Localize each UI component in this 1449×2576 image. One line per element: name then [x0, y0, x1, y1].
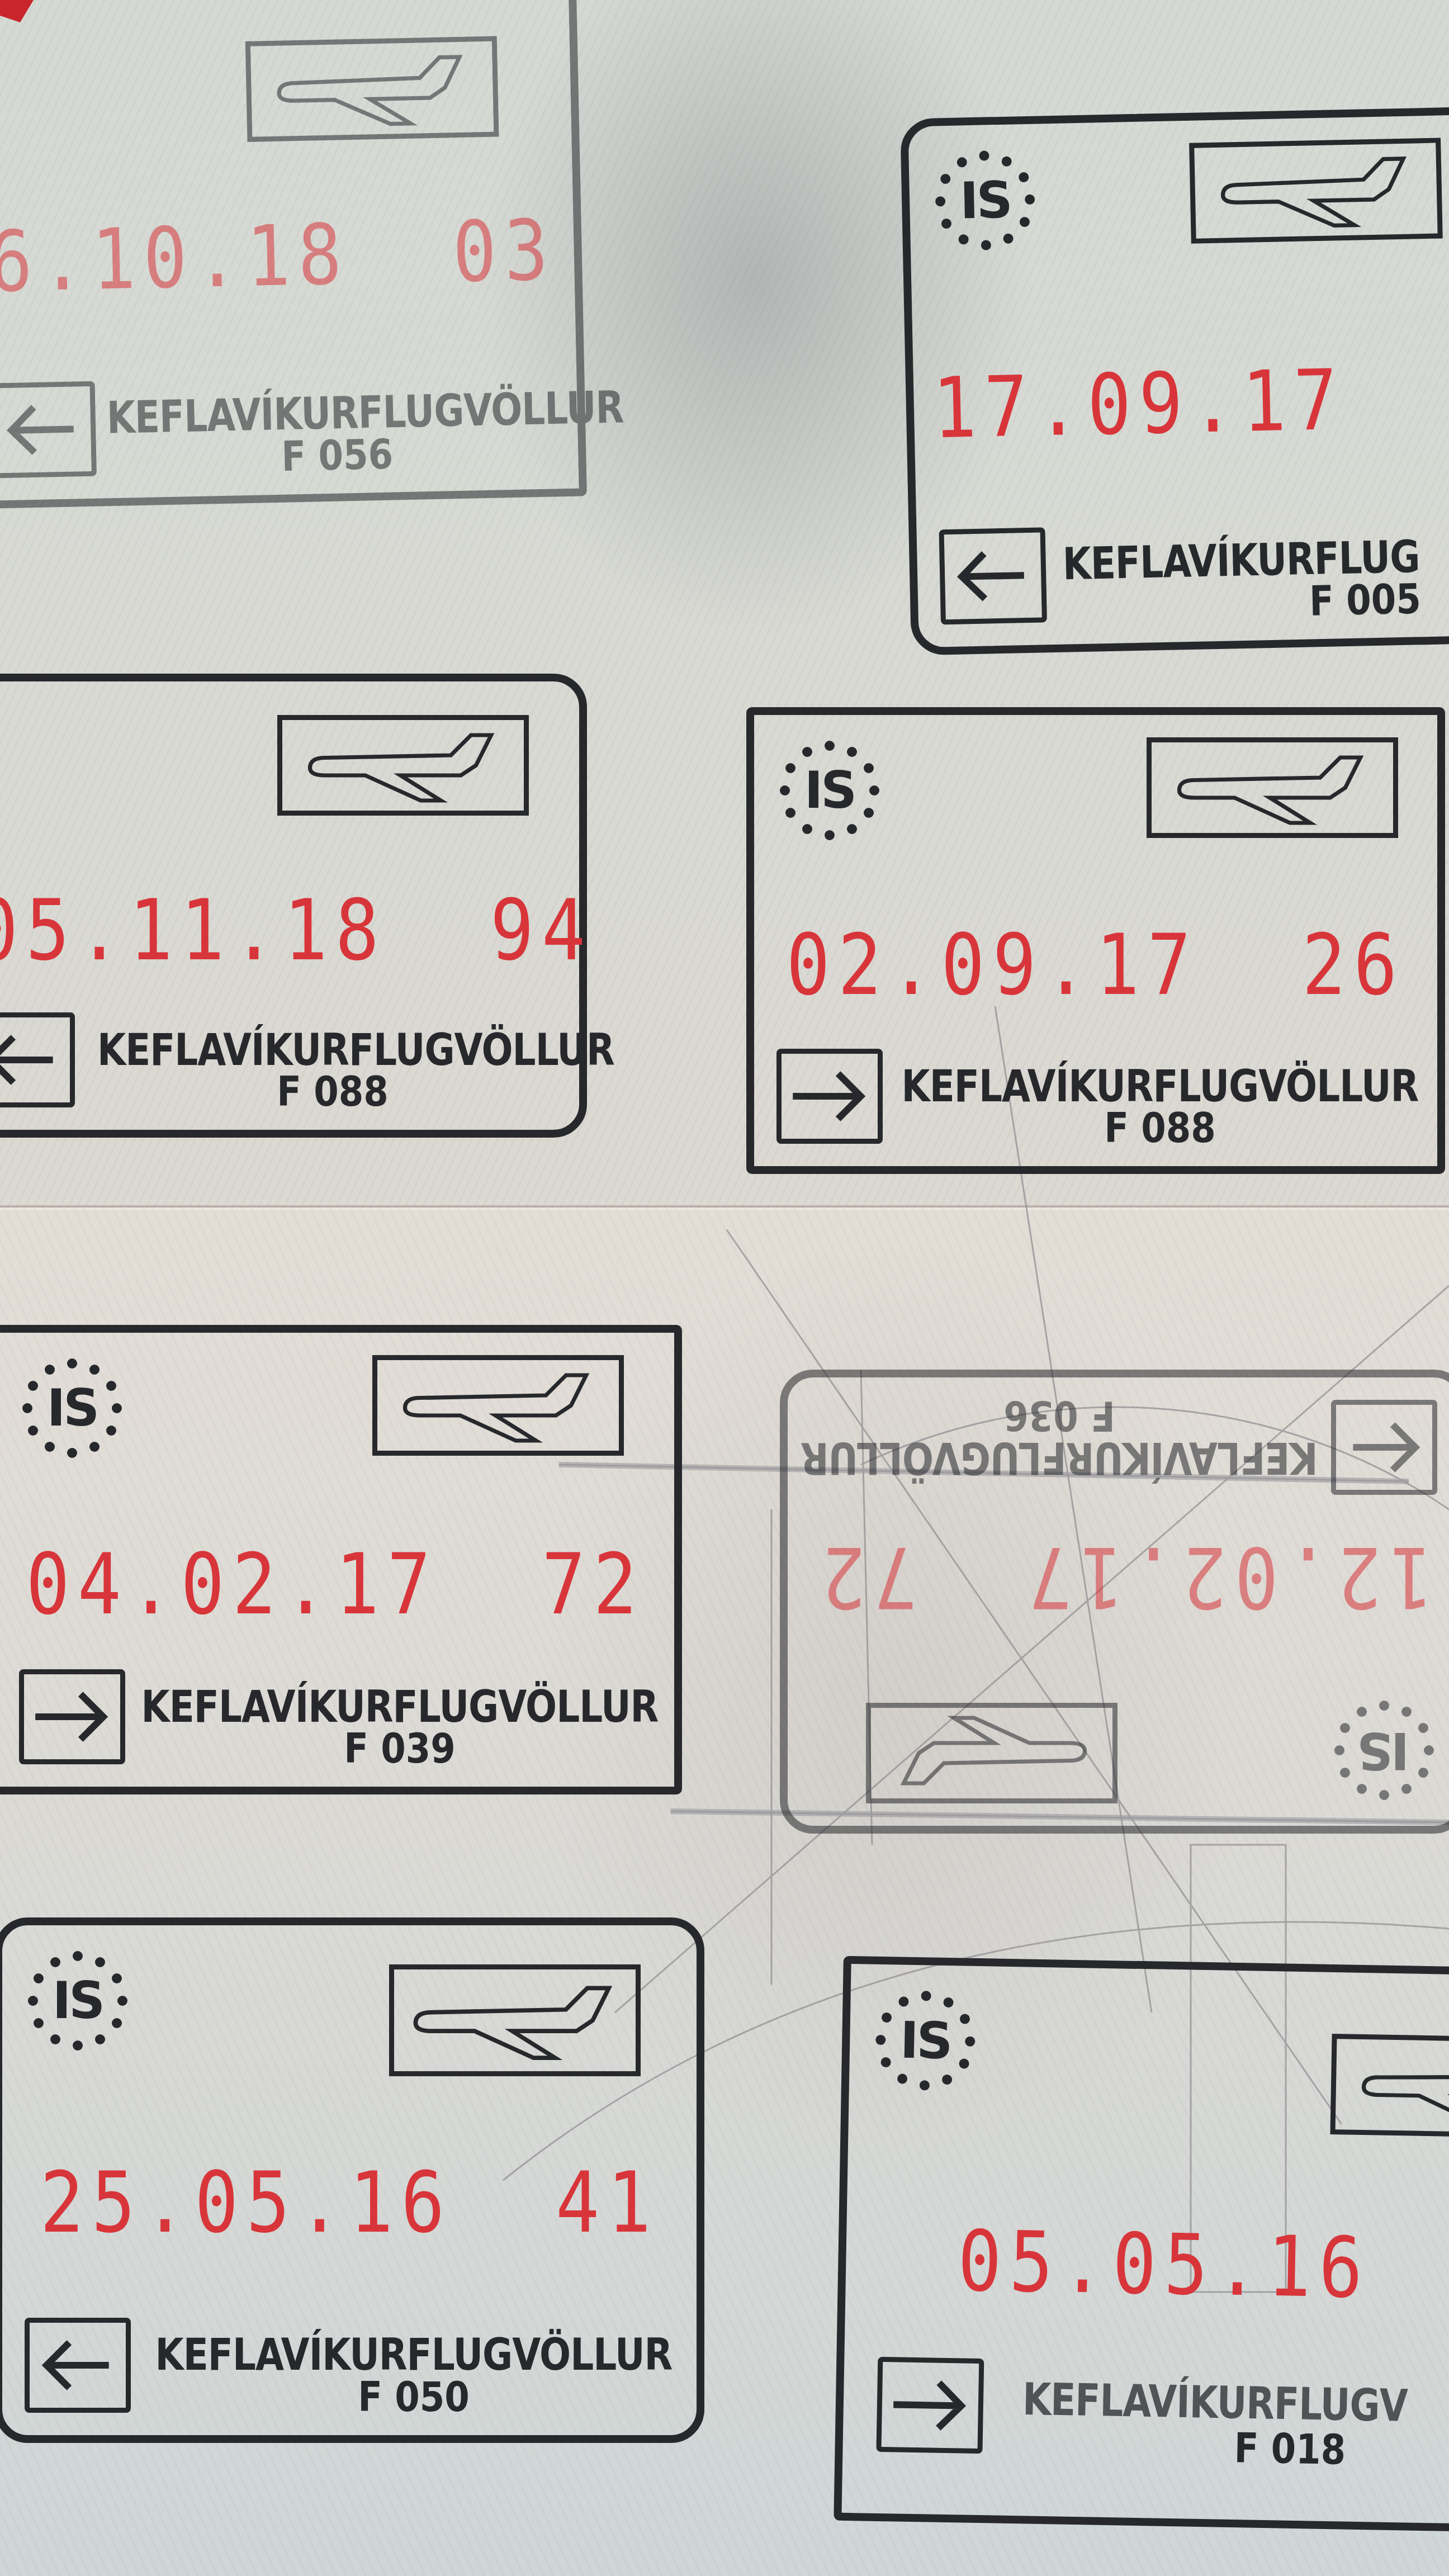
- eu-stars-emblem: IS: [1331, 1697, 1437, 1803]
- country-code: IS: [931, 146, 1039, 255]
- arrow-left-icon: [0, 1017, 70, 1102]
- exit-box: [0, 1012, 75, 1107]
- stamp-s7: IS 25.05.16 41 KEFLAVÍKURFLUGVÖLLUR F 05…: [0, 1917, 704, 2443]
- plane-icon: [1152, 742, 1393, 833]
- stamp-date: 12.02.17 72: [788, 1528, 1449, 1626]
- country-code: IS: [776, 737, 883, 844]
- plane-icon: [394, 1969, 636, 2071]
- plane-icon: [282, 720, 524, 811]
- stamp-date: 25.05.16 41: [2, 2153, 697, 2251]
- arrow-left-icon: [944, 533, 1042, 620]
- plane-box: [245, 36, 499, 142]
- eu-stars-emblem: IS: [872, 1987, 979, 2095]
- entry-box: [876, 2357, 984, 2454]
- stamp-place: KEFLAVÍKURFLUGVÖLLUR: [142, 2329, 685, 2380]
- exit-box: [1331, 1400, 1437, 1495]
- arrow-left-icon: [1336, 1405, 1432, 1490]
- stamp-date: 17.09.17 2: [863, 346, 1449, 458]
- stamp-s8: IS 05.05.16 41 KEFLAVÍKURFLUGV F 018: [834, 1956, 1449, 2534]
- plane-icon: [871, 1708, 1112, 1798]
- arrow-left-icon: [30, 2323, 126, 2408]
- eu-stars-emblem: IS: [931, 146, 1039, 255]
- country-code: IS: [25, 1948, 131, 2054]
- stamp-officer-code: F 050: [142, 2374, 685, 2421]
- stamp-date: 02.09.17 26: [754, 916, 1437, 1014]
- stamp-officer-code: F 005: [1309, 573, 1449, 626]
- exit-box: [25, 2318, 131, 2413]
- country-code: IS: [872, 1987, 979, 2095]
- plane-box: [389, 1964, 641, 2076]
- stamp-s3: IS 05.11.18 94 KEFLAVÍKURFLUGVÖLLUR F 08…: [0, 674, 587, 1138]
- arrow-right-icon: [24, 1674, 120, 1759]
- plane-box: [866, 1703, 1117, 1803]
- plane-box: [1330, 2034, 1449, 2139]
- stamp-s6: IS 12.02.17 72 KEFLAVÍKURFLUGVÖLLUR F 03…: [780, 1370, 1449, 1834]
- plane-box: [372, 1355, 624, 1456]
- plane-box: [1189, 138, 1443, 243]
- entry-box: [776, 1049, 883, 1144]
- plane-icon: [1194, 143, 1437, 239]
- stamp-date: 05.05.16 41: [957, 2212, 1449, 2320]
- stamp-s2: IS 17.09.17 2 KEFLAVÍKURFLUG F 005: [900, 105, 1449, 656]
- stamp-officer-code: F 088: [894, 1105, 1426, 1152]
- stamp-s4: IS 02.09.17 26 KEFLAVÍKURFLUGVÖLLUR F 08…: [746, 707, 1445, 1174]
- arrow-left-icon: [0, 386, 92, 473]
- eu-stars-emblem: IS: [25, 1948, 131, 2054]
- plane-box: [277, 715, 529, 816]
- page-fold: [0, 1205, 1449, 1210]
- stamp-place: KEFLAVÍKURFLUGVÖLLUR: [894, 1060, 1426, 1111]
- stamp-officer-code: F 018: [1234, 2425, 1449, 2478]
- eu-stars-emblem: IS: [19, 1355, 125, 1461]
- stamp-officer-code: F 056: [107, 428, 568, 485]
- stamp-s5: IS 04.02.17 72 KEFLAVÍKURFLUGVÖLLUR F 03…: [0, 1325, 682, 1794]
- stamp-date: 26.10.18 03: [0, 201, 575, 312]
- stamp-date: 05.11.18 94: [0, 882, 579, 979]
- eu-stars-emblem: IS: [776, 737, 883, 844]
- stamp-officer-code: F 088: [97, 1068, 568, 1116]
- entry-box: [19, 1669, 125, 1764]
- arrow-right-icon: [882, 2362, 979, 2449]
- exit-box: [0, 381, 97, 479]
- stamp-place: KEFLAVÍKURFLUGVÖLLUR: [136, 1680, 663, 1732]
- plane-icon: [1336, 2039, 1449, 2134]
- stamp-place: KEFLAVÍKURFLUGVÖLLUR: [97, 1024, 568, 1075]
- stamp-officer-code: F 039: [136, 1725, 663, 1773]
- stamp-s1: 26.10.18 03 KEFLAVÍKURFLUGVÖLLUR F 056: [0, 0, 587, 510]
- plane-icon: [250, 41, 494, 137]
- exit-box: [939, 527, 1047, 624]
- stamp-date: 04.02.17 72: [0, 1535, 674, 1633]
- country-code: IS: [1331, 1697, 1437, 1803]
- plane-box: [1147, 737, 1398, 838]
- country-code: IS: [19, 1355, 125, 1461]
- arrow-right-icon: [782, 1054, 878, 1139]
- stamp-place: KEFLAVÍKURFLUGVÖLLUR: [799, 1432, 1320, 1483]
- plane-icon: [377, 1360, 619, 1451]
- stamp-officer-code: F 036: [799, 1391, 1320, 1438]
